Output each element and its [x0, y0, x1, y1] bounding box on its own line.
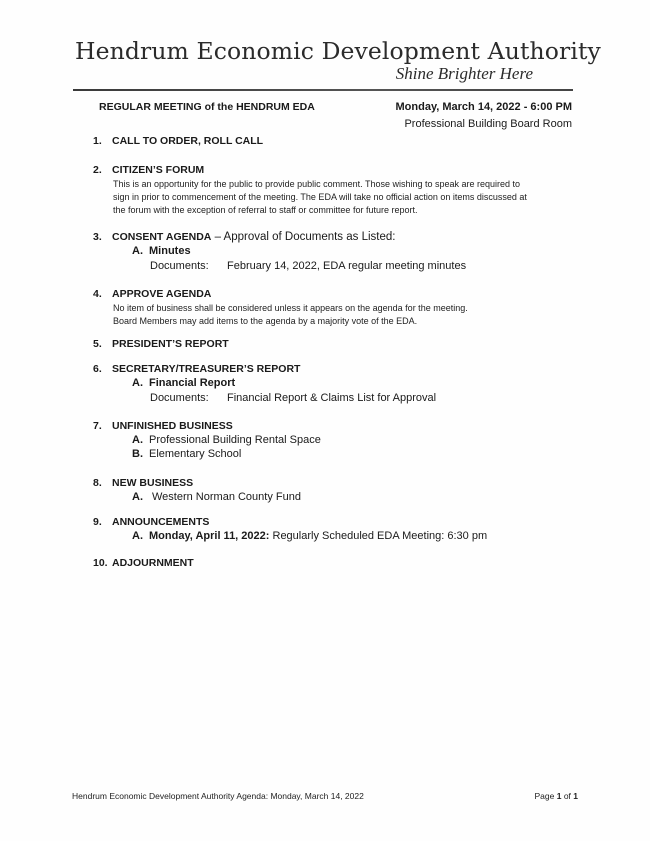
description-line: the forum with the exception of referral… — [113, 204, 527, 217]
page-total: 1 — [573, 791, 578, 801]
item-heading: CITIZEN’S FORUM — [112, 164, 204, 176]
agenda-item-approve-agenda: 4.APPROVE AGENDA — [93, 288, 211, 300]
documents-line: Documents:February 14, 2022, EDA regular… — [150, 260, 466, 272]
agenda-page: Hendrum Economic Development Authority S… — [0, 0, 650, 841]
documents-link[interactable]: February 14, 2022, EDA regular meeting m… — [227, 260, 466, 272]
subitem-next-meeting: A.Monday, April 11, 2022: Regularly Sche… — [132, 530, 487, 542]
citizens-forum-description: This is an opportunity for the public to… — [113, 178, 527, 217]
item-heading: PRESIDENT’S REPORT — [112, 338, 229, 350]
item-number: 10. — [93, 557, 112, 569]
subitem-letter: A. — [132, 245, 149, 257]
subitem-letter: B. — [132, 448, 149, 460]
documents-label: Documents: — [150, 260, 227, 272]
item-number: 3. — [93, 231, 112, 243]
subitem-financial-report: A.Financial Report — [132, 377, 235, 389]
subitem-minutes: A.Minutes — [132, 245, 191, 257]
footer-page-number: Page 1 of 1 — [535, 791, 579, 801]
agenda-item-adjournment: 10.ADJOURNMENT — [93, 557, 194, 569]
item-heading: SECRETARY/TREASURER’S REPORT — [112, 363, 300, 375]
item-number: 9. — [93, 516, 112, 528]
subitem-elementary-school: B.Elementary School — [132, 448, 241, 460]
item-number: 1. — [93, 135, 112, 147]
item-number: 8. — [93, 477, 112, 489]
item-heading-suffix: – Approval of Documents as Listed: — [211, 231, 395, 243]
item-number: 2. — [93, 164, 112, 176]
agenda-item-secretary-treasurer-report: 6.SECRETARY/TREASURER’S REPORT — [93, 363, 300, 375]
subitem-label: Elementary School — [149, 448, 241, 460]
approve-agenda-description: No item of business shall be considered … — [113, 302, 468, 328]
organization-title: Hendrum Economic Development Authority — [75, 37, 601, 65]
agenda-item-call-to-order: 1.CALL TO ORDER, ROLL CALL — [93, 135, 263, 147]
subitem-letter: A. — [132, 377, 149, 389]
agenda-item-announcements: 9.ANNOUNCEMENTS — [93, 516, 209, 528]
subitem-western-norman-county-fund: A.Western Norman County Fund — [132, 491, 301, 503]
subitem-letter: A. — [132, 434, 149, 446]
agenda-item-citizens-forum: 2.CITIZEN’S FORUM — [93, 164, 204, 176]
item-number: 5. — [93, 338, 112, 350]
header-divider — [73, 89, 573, 91]
subitem-letter: A. — [132, 491, 152, 503]
subitem-label: Western Norman County Fund — [152, 491, 301, 503]
item-heading: APPROVE AGENDA — [112, 288, 211, 300]
meeting-datetime: Monday, March 14, 2022 - 6:00 PM — [396, 101, 572, 113]
item-number: 7. — [93, 420, 112, 432]
subitem-label: Minutes — [149, 245, 191, 257]
description-line: sign in prior to commencement of the mee… — [113, 191, 527, 204]
subitem-label: Professional Building Rental Space — [149, 434, 321, 446]
agenda-item-presidents-report: 5.PRESIDENT’S REPORT — [93, 338, 229, 350]
subitem-letter: A. — [132, 530, 149, 542]
agenda-item-unfinished-business: 7.UNFINISHED BUSINESS — [93, 420, 233, 432]
agenda-item-new-business: 8.NEW BUSINESS — [93, 477, 193, 489]
meeting-location: Professional Building Board Room — [404, 118, 572, 130]
item-number: 6. — [93, 363, 112, 375]
documents-label: Documents: — [150, 392, 227, 404]
page-label: Page — [535, 791, 557, 801]
subitem-label: Regularly Scheduled EDA Meeting: 6:30 pm — [269, 530, 487, 542]
meeting-title: REGULAR MEETING of the HENDRUM EDA — [99, 101, 315, 113]
item-heading: ADJOURNMENT — [112, 557, 194, 569]
agenda-item-consent-agenda: 3.CONSENT AGENDA – Approval of Documents… — [93, 231, 395, 243]
subitem-label: Financial Report — [149, 377, 235, 389]
item-heading: NEW BUSINESS — [112, 477, 193, 489]
organization-tagline: Shine Brighter Here — [396, 64, 533, 84]
item-heading: UNFINISHED BUSINESS — [112, 420, 233, 432]
footer-document-title: Hendrum Economic Development Authority A… — [72, 791, 364, 801]
item-heading: CONSENT AGENDA — [112, 231, 211, 243]
subitem-date: Monday, April 11, 2022: — [149, 530, 269, 542]
page-of: of — [561, 791, 573, 801]
documents-link[interactable]: Financial Report & Claims List for Appro… — [227, 392, 436, 404]
description-line: Board Members may add items to the agend… — [113, 315, 468, 328]
subitem-professional-building: A.Professional Building Rental Space — [132, 434, 321, 446]
item-number: 4. — [93, 288, 112, 300]
documents-line: Documents:Financial Report & Claims List… — [150, 392, 436, 404]
item-heading: CALL TO ORDER, ROLL CALL — [112, 135, 263, 147]
description-line: No item of business shall be considered … — [113, 302, 468, 315]
item-heading: ANNOUNCEMENTS — [112, 516, 209, 528]
description-line: This is an opportunity for the public to… — [113, 178, 527, 191]
